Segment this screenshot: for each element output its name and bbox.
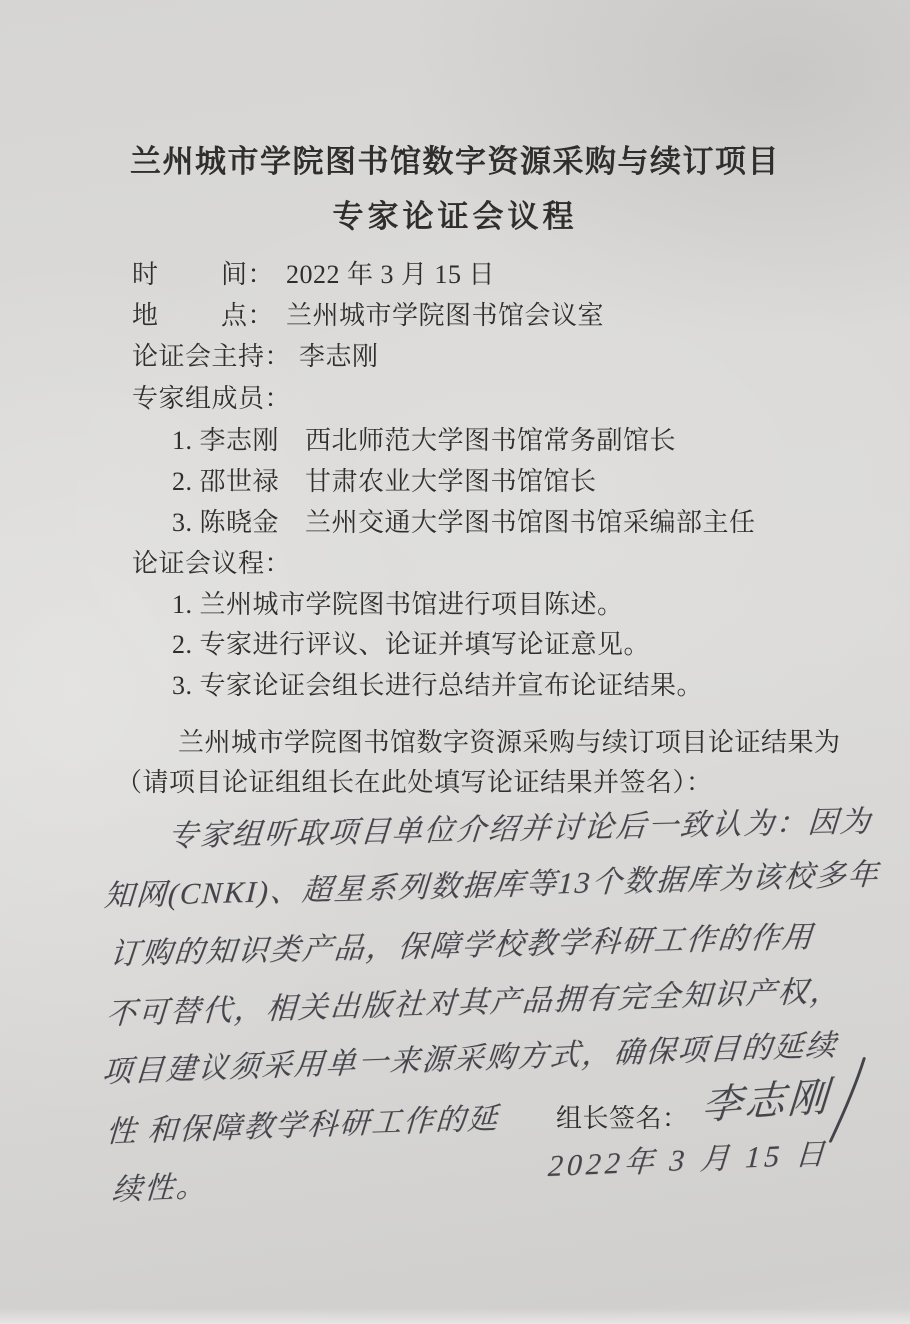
place-label-char1: 地: [132, 303, 159, 329]
place-field: 地点：兰州城市学院图书馆会议室: [132, 303, 604, 329]
expert-row: 2. 邵世禄甘肃农业大学图书馆馆长: [172, 469, 597, 495]
signature-date: 2022年 3 月 15 日: [547, 1140, 830, 1182]
host-field: 论证会主持：李志刚: [132, 344, 379, 370]
place-label: 地点：: [132, 303, 274, 329]
expert-number: 1.: [172, 426, 193, 455]
expert-name: 陈晓金: [200, 508, 280, 537]
document-title-line2: 专家论证会议程: [0, 191, 910, 236]
time-label: 时间：: [132, 262, 274, 288]
handwriting-line: 专家组听取项目单位介绍并讨论后一致认为：因为: [167, 807, 873, 852]
scanned-document-photo: 兰州城市学院图书馆数字资源采购与续订项目 专家论证会议程 时间：2022 年 3…: [0, 0, 910, 1324]
expert-title: 兰州交通大学图书馆图书馆采编部主任: [305, 508, 756, 537]
handwriting-line: 订购的知识类产品，保障学校教学科研工作的作用: [109, 923, 815, 970]
time-label-char1: 时: [132, 262, 159, 288]
time-field: 时间：2022 年 3 月 15 日: [132, 262, 495, 288]
agenda-item: 3. 专家论证会组长进行总结并宣布论证结果。: [172, 673, 703, 699]
agenda-heading: 论证会议程：: [132, 551, 291, 577]
signature-stroke-icon: [826, 1056, 868, 1143]
result-intro-line2: （请项目论证组组长在此处填写论证结果并签名）：: [116, 770, 713, 796]
agenda-item: 1. 兰州城市学院图书馆进行项目陈述。: [172, 592, 624, 618]
handwriting-line: 续性。: [111, 1172, 209, 1206]
expert-row: 1. 李志刚西北师范大学图书馆常务副馆长: [172, 428, 676, 454]
host-value: 李志刚: [299, 342, 379, 371]
signature-stroke: [826, 1056, 868, 1150]
expert-number: 2.: [172, 467, 193, 496]
signature-label: 组长签名：: [556, 1106, 689, 1132]
expert-name: 李志刚: [200, 426, 280, 455]
expert-name: 邵世禄: [200, 467, 280, 496]
expert-number: 3.: [172, 508, 193, 537]
handwriting-line: 性 和保障教学科研工作的延: [105, 1104, 500, 1148]
time-label-char2: 间：: [221, 262, 274, 288]
agenda-item: 2. 专家进行评议、论证并填写论证意见。: [172, 632, 650, 658]
handwriting-line: 不可替代，相关出版社对其产品拥有完全知识产权，: [105, 977, 842, 1030]
time-value: 2022 年 3 月 15 日: [286, 260, 495, 289]
signature-name-text: 李志刚: [700, 1074, 832, 1128]
place-value: 兰州城市学院图书馆会议室: [286, 301, 604, 330]
expert-title: 西北师范大学图书馆常务副馆长: [305, 426, 676, 455]
signature-name: 李志刚: [701, 1077, 833, 1126]
expert-row: 3. 陈晓金兰州交通大学图书馆图书馆采编部主任: [172, 510, 756, 536]
document-title-line1: 兰州城市学院图书馆数字资源采购与续订项目: [0, 136, 910, 181]
result-intro-line1: 兰州城市学院图书馆数字资源采购与续订项目论证结果为: [178, 730, 841, 756]
host-label: 论证会主持：: [132, 342, 291, 371]
expert-title: 甘肃农业大学图书馆馆长: [305, 467, 597, 496]
place-label-char2: 点：: [221, 303, 274, 329]
experts-heading: 专家组成员：: [132, 386, 291, 412]
handwriting-line: 项目建议须采用单一来源采购方式，确保项目的延续: [101, 1031, 839, 1088]
handwriting-line: 知网(CNKI)、超星系列数据库等13个数据库为该校多年: [103, 860, 880, 912]
